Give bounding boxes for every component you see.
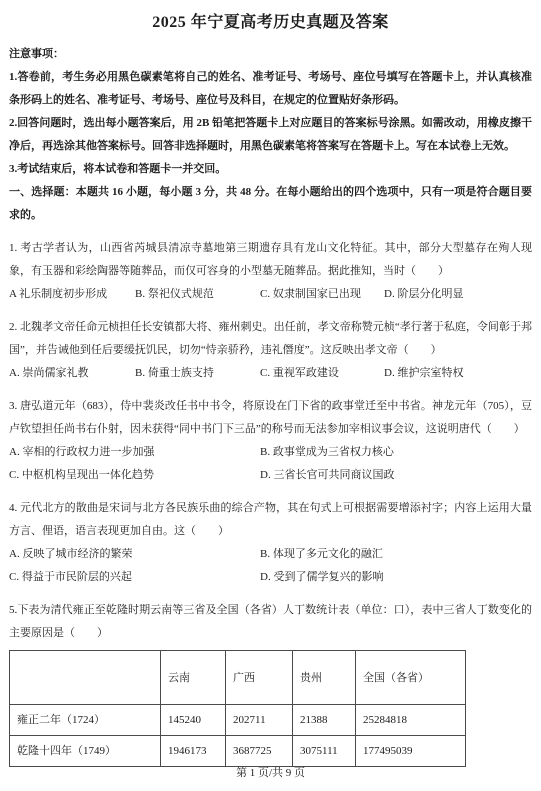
question-3-stem: 3. 唐弘道元年（683），侍中裴炎改任书中书令，将原设在门下省的政事堂迁至中书… — [9, 395, 532, 441]
question-3-options: A. 宰相的行政权力进一步加强 B. 政事堂成为三省权力核心 C. 中枢机构呈现… — [9, 441, 532, 487]
question-1-stem: 1. 考古学者认为，山西省芮城县清凉寺墓地第三期遗存具有龙山文化特征。其中，部分… — [9, 237, 532, 283]
question-3-option-d: D. 三省长官可共同商议国政 — [260, 464, 532, 487]
population-table: 云南 广西 贵州 全国（各省） 雍正二年（1724） 145240 202711… — [9, 650, 466, 767]
table-cell: 25284818 — [356, 705, 466, 736]
question-3-option-c: C. 中枢机构呈现出一体化趋势 — [9, 464, 260, 487]
question-2-stem: 2. 北魏孝文帝任命元桢担任长安镇都大将、雍州刺史。出任前，孝文帝称赞元桢“孝行… — [9, 316, 532, 362]
table-header-guangxi: 广西 — [226, 651, 293, 705]
question-4-option-a: A. 反映了城市经济的繁荣 — [9, 543, 260, 566]
question-1-option-b: B. 祭祀仪式规范 — [135, 283, 260, 306]
exam-page: 2025 年宁夏高考历史真题及答案 注意事项： 1.答卷前，考生务必用黑色碳素笔… — [0, 0, 541, 791]
question-4: 4. 元代北方的散曲是宋词与北方各民族乐曲的综合产物，其在句式上可根据需要增添衬… — [9, 497, 532, 589]
question-1-option-c: C. 奴隶制国家已出现 — [260, 283, 384, 306]
question-2-option-c: C. 重视军政建设 — [260, 362, 384, 385]
question-4-option-d: D. 受到了儒学复兴的影响 — [260, 566, 532, 589]
notice-item-1: 1.答卷前，考生务必用黑色碳素笔将自己的姓名、准考证号、考场号、座位号填写在答题… — [9, 66, 532, 112]
section-intro: 一、选择题：本题共 16 小题，每小题 3 分，共 48 分。在每小题给出的四个… — [9, 181, 532, 227]
question-5: 5.下表为清代雍正至乾隆时期云南等三省及全国（各省）人丁数统计表（单位：口），表… — [9, 599, 532, 767]
page-number: 第 1 页/共 9 页 — [0, 762, 541, 785]
table-cell: 202711 — [226, 705, 293, 736]
table-cell: 145240 — [161, 705, 226, 736]
notices-heading: 注意事项： — [9, 43, 532, 66]
question-2-option-a: A. 崇尚儒家礼教 — [9, 362, 135, 385]
question-4-option-b: B. 体现了多元文化的融汇 — [260, 543, 532, 566]
question-4-option-c: C. 得益于市民阶层的兴起 — [9, 566, 260, 589]
question-1-option-d: D. 阶层分化明显 — [384, 283, 532, 306]
question-2-option-d: D. 维护宗室特权 — [384, 362, 532, 385]
table-header-yunnan: 云南 — [161, 651, 226, 705]
question-1-option-a: A 礼乐制度初步形成 — [9, 283, 135, 306]
question-3-option-b: B. 政事堂成为三省权力核心 — [260, 441, 532, 464]
question-4-stem: 4. 元代北方的散曲是宋词与北方各民族乐曲的综合产物，其在句式上可根据需要增添衬… — [9, 497, 532, 543]
question-1-options: A 礼乐制度初步形成 B. 祭祀仪式规范 C. 奴隶制国家已出现 D. 阶层分化… — [9, 283, 532, 306]
page-title: 2025 年宁夏高考历史真题及答案 — [9, 12, 532, 34]
notice-item-3: 3.考试结束后，将本试卷和答题卡一并交回。 — [9, 158, 532, 181]
question-2-options: A. 崇尚儒家礼教 B. 倚重士族支持 C. 重视军政建设 D. 维护宗室特权 — [9, 362, 532, 385]
table-header-blank — [10, 651, 161, 705]
question-2-option-b: B. 倚重士族支持 — [135, 362, 260, 385]
table-header-national: 全国（各省） — [356, 651, 466, 705]
table-header-row: 云南 广西 贵州 全国（各省） — [10, 651, 466, 705]
question-3: 3. 唐弘道元年（683），侍中裴炎改任书中书令，将原设在门下省的政事堂迁至中书… — [9, 395, 532, 487]
table-header-guizhou: 贵州 — [293, 651, 356, 705]
question-2: 2. 北魏孝文帝任命元桢担任长安镇都大将、雍州刺史。出任前，孝文帝称赞元桢“孝行… — [9, 316, 532, 385]
table-row: 雍正二年（1724） 145240 202711 21388 25284818 — [10, 705, 466, 736]
question-1: 1. 考古学者认为，山西省芮城县清凉寺墓地第三期遗存具有龙山文化特征。其中，部分… — [9, 237, 532, 306]
table-cell: 雍正二年（1724） — [10, 705, 161, 736]
notice-item-2: 2.回答问题时，选出每小题答案后，用 2B 铅笔把答题卡上对应题目的答案标号涂黑… — [9, 112, 532, 158]
question-3-option-a: A. 宰相的行政权力进一步加强 — [9, 441, 260, 464]
table-cell: 21388 — [293, 705, 356, 736]
question-5-stem: 5.下表为清代雍正至乾隆时期云南等三省及全国（各省）人丁数统计表（单位：口），表… — [9, 599, 532, 645]
question-4-options: A. 反映了城市经济的繁荣 B. 体现了多元文化的融汇 C. 得益于市民阶层的兴… — [9, 543, 532, 589]
notices-block: 注意事项： 1.答卷前，考生务必用黑色碳素笔将自己的姓名、准考证号、考场号、座位… — [9, 43, 532, 227]
